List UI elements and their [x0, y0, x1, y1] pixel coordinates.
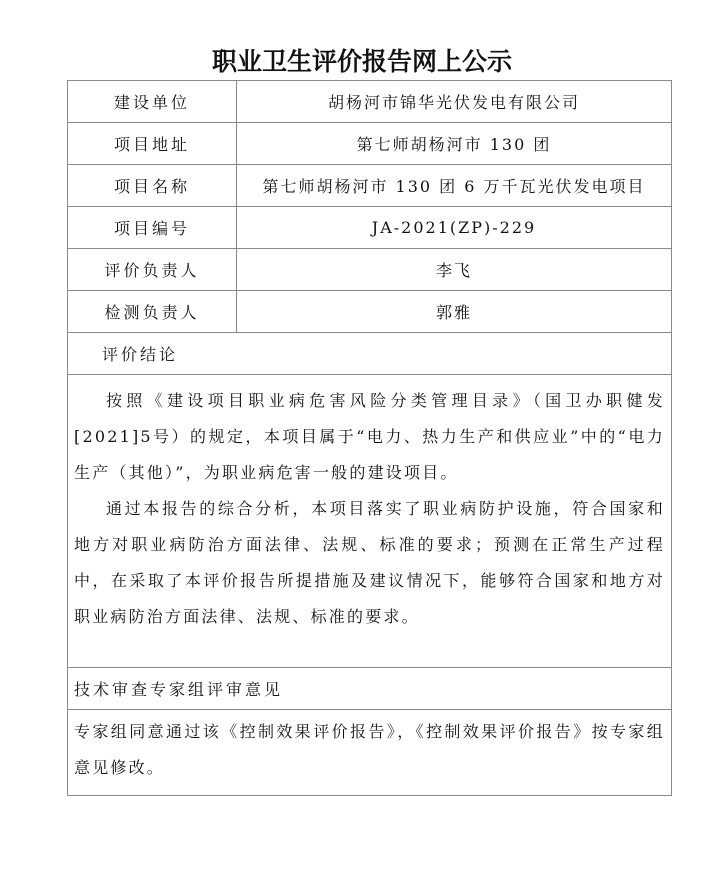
- field-label: 检测负责人: [68, 291, 237, 332]
- conclusion-heading: 评价结论: [68, 333, 671, 374]
- conclusion-paragraph: 按照《建设项目职业病危害风险分类管理目录》（国卫办职健发[2021]5号）的规定…: [74, 383, 665, 491]
- conclusion-body-row: 按照《建设项目职业病危害风险分类管理目录》（国卫办职健发[2021]5号）的规定…: [68, 375, 671, 668]
- review-heading-row: 技术审查专家组评审意见: [68, 668, 671, 710]
- review-heading: 技术审查专家组评审意见: [68, 668, 671, 709]
- field-label: 建设单位: [68, 81, 237, 122]
- table-row-testing-lead: 检测负责人 郭雅: [68, 291, 671, 333]
- disclosure-table: 建设单位 胡杨河市锦华光伏发电有限公司 项目地址 第七师胡杨河市 130 团 项…: [67, 80, 672, 796]
- review-body-row: 专家组同意通过该《控制效果评价报告》，《控制效果评价报告》按专家组意见修改。: [68, 710, 671, 795]
- field-label: 项目地址: [68, 123, 237, 164]
- table-row-project-number: 项目编号 JA-2021(ZP)-229: [68, 207, 671, 249]
- field-label: 评价负责人: [68, 249, 237, 290]
- field-value: 第七师胡杨河市 130 团 6 万千瓦光伏发电项目: [237, 165, 671, 206]
- field-value: JA-2021(ZP)-229: [237, 207, 671, 248]
- review-text: 专家组同意通过该《控制效果评价报告》，《控制效果评价报告》按专家组意见修改。: [74, 714, 665, 786]
- conclusion-heading-row: 评价结论: [68, 333, 671, 375]
- table-row-project-name: 项目名称 第七师胡杨河市 130 团 6 万千瓦光伏发电项目: [68, 165, 671, 207]
- field-label: 项目名称: [68, 165, 237, 206]
- field-value: 李飞: [237, 249, 671, 290]
- conclusion-paragraph: 通过本报告的综合分析，本项目落实了职业病防护设施，符合国家和地方对职业病防治方面…: [74, 491, 665, 635]
- table-row-evaluation-lead: 评价负责人 李飞: [68, 249, 671, 291]
- field-label: 项目编号: [68, 207, 237, 248]
- table-row-project-address: 项目地址 第七师胡杨河市 130 团: [68, 123, 671, 165]
- field-value: 第七师胡杨河市 130 团: [237, 123, 671, 164]
- field-value: 郭雅: [237, 291, 671, 332]
- field-value: 胡杨河市锦华光伏发电有限公司: [237, 81, 671, 122]
- table-row-construction-unit: 建设单位 胡杨河市锦华光伏发电有限公司: [68, 81, 671, 123]
- page-title: 职业卫生评价报告网上公示: [0, 46, 724, 78]
